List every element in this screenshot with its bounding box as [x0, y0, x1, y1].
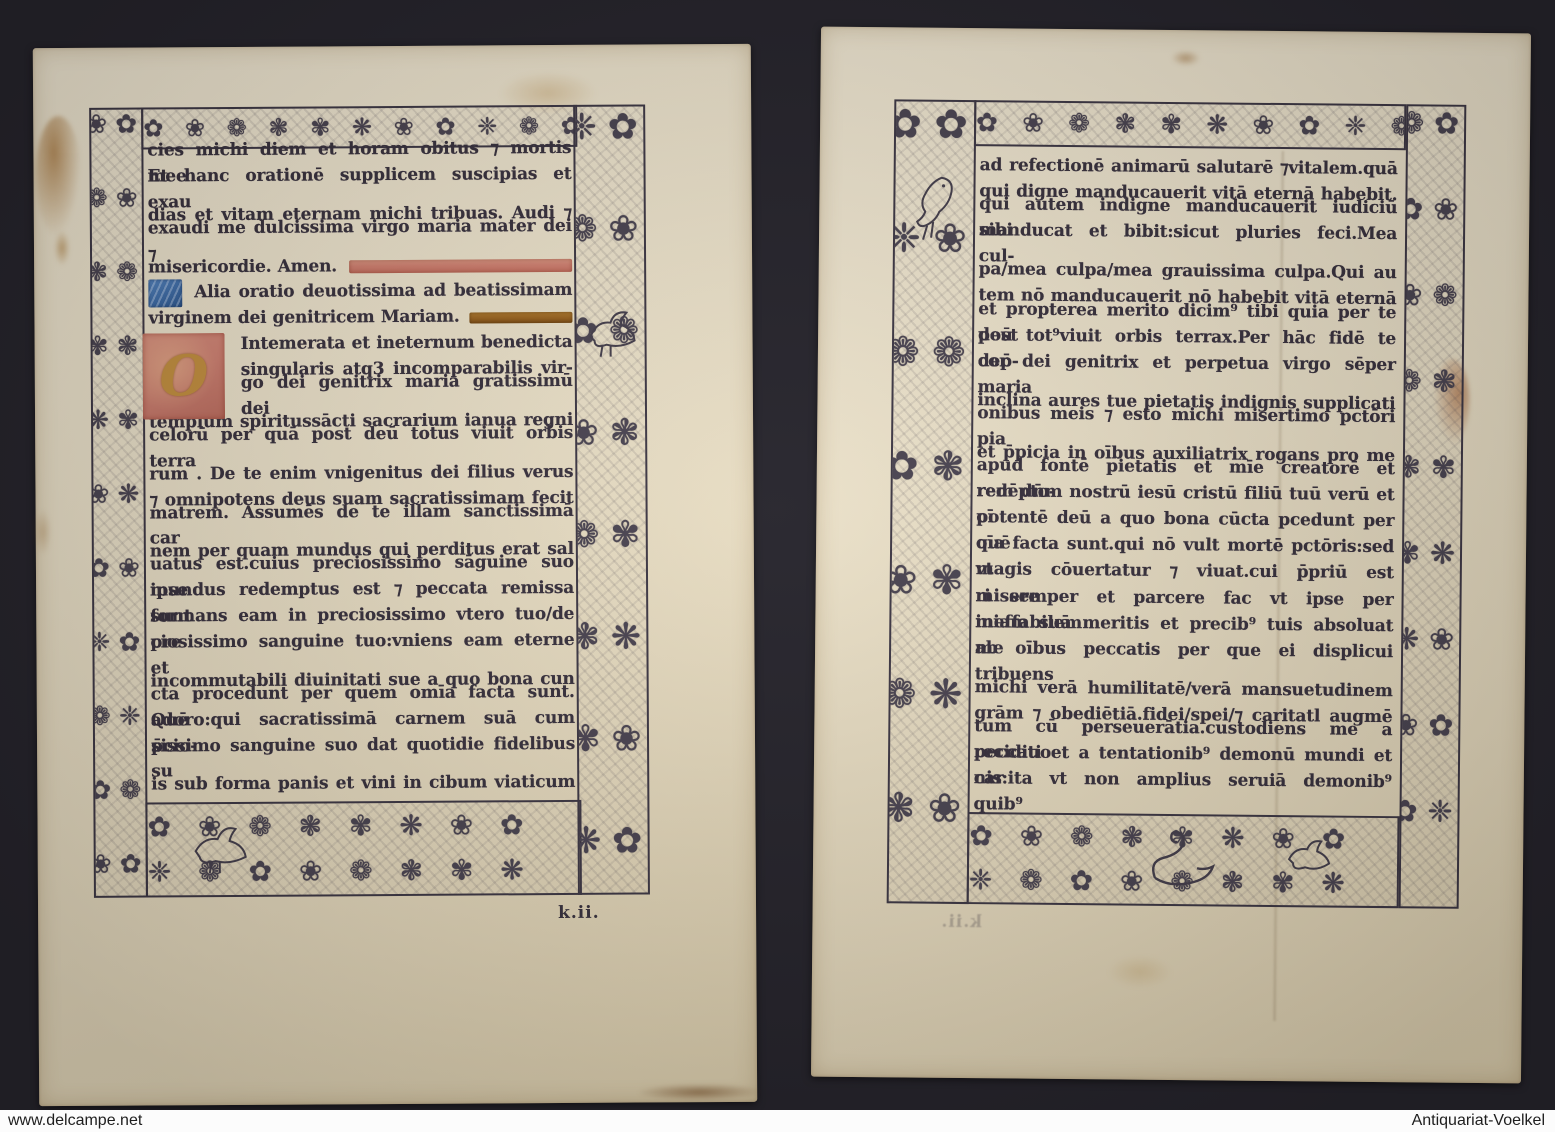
- text-line: is sub forma panis et vini in cibum viat…: [151, 770, 575, 798]
- show-through-signature: k.ii.: [940, 912, 982, 932]
- watermark-strip: www.delcampe.net Antiquariat-Voelkel: [0, 1110, 1555, 1132]
- line-text: is sub forma panis et vini in cibum viat…: [151, 770, 575, 798]
- text-line: matrem. Assumēs de te illam sanctissimā …: [150, 511, 574, 539]
- line-filler-pink: [349, 259, 572, 273]
- text-line: celorū per quā post deū totus viuit orbi…: [149, 434, 573, 462]
- text-line: sissimo sanguine suo dat quotidie fideli…: [151, 744, 575, 772]
- line-text: misericordie. Amen.: [148, 254, 337, 281]
- text-line: pa/mea culpa/mea grauissima culpa.Qui au: [979, 257, 1397, 287]
- stain-drip: [54, 230, 70, 266]
- line-text: virginem dei genitricem Mariam.: [148, 305, 459, 333]
- text-line: nis:ita vt non amplius seruiā demonib⁹ q…: [974, 778, 1392, 808]
- text-line: ad refectionē animarū salutarē ⁊vitalem.…: [980, 152, 1398, 182]
- prayer-text: cies michi diem et horam obitus ⁊ mortis…: [147, 149, 575, 799]
- text-line: manducat et bibit:sicut pluries feci.Mea…: [979, 230, 1397, 260]
- line-text: nis:ita vt non amplius seruiā demonib⁹ q…: [973, 765, 1391, 821]
- stain-top-center: [1171, 50, 1201, 66]
- text-line: go dei genitrix maria gratissimū dei: [241, 382, 573, 410]
- stain-bottom-edge: [639, 1084, 759, 1101]
- line-text: Alia oratio deuotissima ad beatissimam: [194, 278, 572, 306]
- text-line: michi verā humilitatē/verā mansuetudinem: [975, 674, 1393, 704]
- line-text: Intemerata et ineternum benedicta: [241, 330, 573, 358]
- text-line: ciosissimo sanguine tuo:vniens eam etern…: [150, 641, 574, 669]
- text-column-left-page: O cies michi diem et horam obitus ⁊ mort…: [147, 149, 575, 800]
- woodcut-border-bottom: ✿ ❀ ❁ ❃ ✾ ❋ ❀ ✿ ❈ ❁ ✿ ❀ ❁ ❃ ✾ ❋ ❀ ✿ ❈ ❁ …: [967, 812, 1400, 908]
- right-leaf: ✿ ❀ ❁ ❃ ✾ ❋ ❀ ✿ ❈ ❁ ✿ ❀ ❁ ❃ ✾ ❋ ❀ ✿ ❈ ❁ …: [811, 27, 1531, 1084]
- line-text: ad refectionē animarū salutarē ⁊vitalem.…: [980, 152, 1398, 182]
- watermark-url: www.delcampe.net: [8, 1112, 142, 1130]
- illuminated-initial: O: [143, 333, 226, 419]
- woodcut-border-left: ✿ ❀ ❁ ❃ ✾ ❋ ❀ ✿ ❈ ❁ ✿ ❀ ❁ ❃ ✾ ❋ ❀ ✿ ❈ ❁ …: [887, 99, 977, 904]
- woodcut-border-bottom: ✿ ❀ ❁ ❃ ✾ ❋ ❀ ✿ ❈ ❁ ✿ ❀ ❁ ❃ ✾ ❋ ❀ ✿ ❈ ❁ …: [145, 800, 582, 898]
- woodcut-border-right: ✿ ❀ ❁ ❃ ✾ ❋ ❀ ✿ ❈ ❁ ✿ ❀ ❁ ❃ ✾ ❋ ❀ ✿ ❈ ❁ …: [573, 104, 650, 894]
- line-text: michi verā humilitatē/verā mansuetudinem: [975, 674, 1393, 704]
- line-filler-gold: [470, 312, 573, 324]
- text-line: ab oībus peccatis per que ei displicui t…: [975, 648, 1393, 678]
- blue-paraph-initial: [148, 280, 182, 308]
- line-text: rum . De te enim vnigenitus dei filius v…: [149, 460, 573, 488]
- prayer-text: ad refectionē animarū salutarē ⁊vitalem.…: [974, 152, 1398, 808]
- text-line: rum . De te enim vnigenitus dei filius v…: [149, 460, 573, 488]
- text-line: Alia oratio deuotissima ad beatissimam: [148, 278, 572, 306]
- left-leaf: ✿ ❀ ❁ ❃ ✾ ❋ ❀ ✿ ❈ ❁ ✿ ❀ ❁ ❃ ✾ ❋ ❀ ✿ ❈ ❁ …: [33, 44, 757, 1106]
- stain-top-left: [35, 116, 82, 238]
- stain-foxing: [1107, 954, 1173, 989]
- text-column-right-page: ad refectionē animarū salutarē ⁊vitalem.…: [974, 152, 1398, 810]
- woodcut-border-top: ✿ ❀ ❁ ❃ ✾ ❋ ❀ ✿ ❈ ❁ ✿ ❀ ❁ ❃ ✾ ❋ ❀ ✿ ❈ ❁ …: [974, 100, 1406, 150]
- woodcut-border-left: ✿ ❀ ❁ ❃ ✾ ❋ ❀ ✿ ❈ ❁ ✿ ❀ ❁ ❃ ✾ ❋ ❀ ✿ ❈ ❁ …: [89, 108, 148, 898]
- text-line: virginem dei genitricem Mariam.: [148, 304, 572, 332]
- line-text: pa/mea culpa/mea grauissima culpa.Qui au: [979, 257, 1397, 287]
- stain-left-edge: [34, 508, 52, 556]
- text-line: exaudi me dulcissima virgo maria mater d…: [148, 227, 572, 255]
- text-line: cor dei genitrix et perpetua virgo sēper…: [978, 361, 1396, 391]
- woodcut-border-right: ✿ ❀ ❁ ❃ ✾ ❋ ❀ ✿ ❈ ❁ ✿ ❀ ❁ ❃ ✾ ❋ ❀ ✿ ❈ ❁ …: [1399, 104, 1467, 909]
- text-line: Et hanc orationē supplicem suscipias et …: [148, 175, 572, 203]
- watermark-seller: Antiquariat-Voelkel: [1412, 1112, 1545, 1130]
- text-line: Intemerata et ineternum benedicta: [241, 330, 573, 358]
- text-line: onibus meis ⁊ esto michi misertimo pctōr…: [977, 413, 1395, 443]
- quire-signature: k.ii.: [558, 903, 600, 923]
- photo-of-book-of-hours-leaf: { "background_color": "#26242c", "border…: [0, 0, 1555, 1132]
